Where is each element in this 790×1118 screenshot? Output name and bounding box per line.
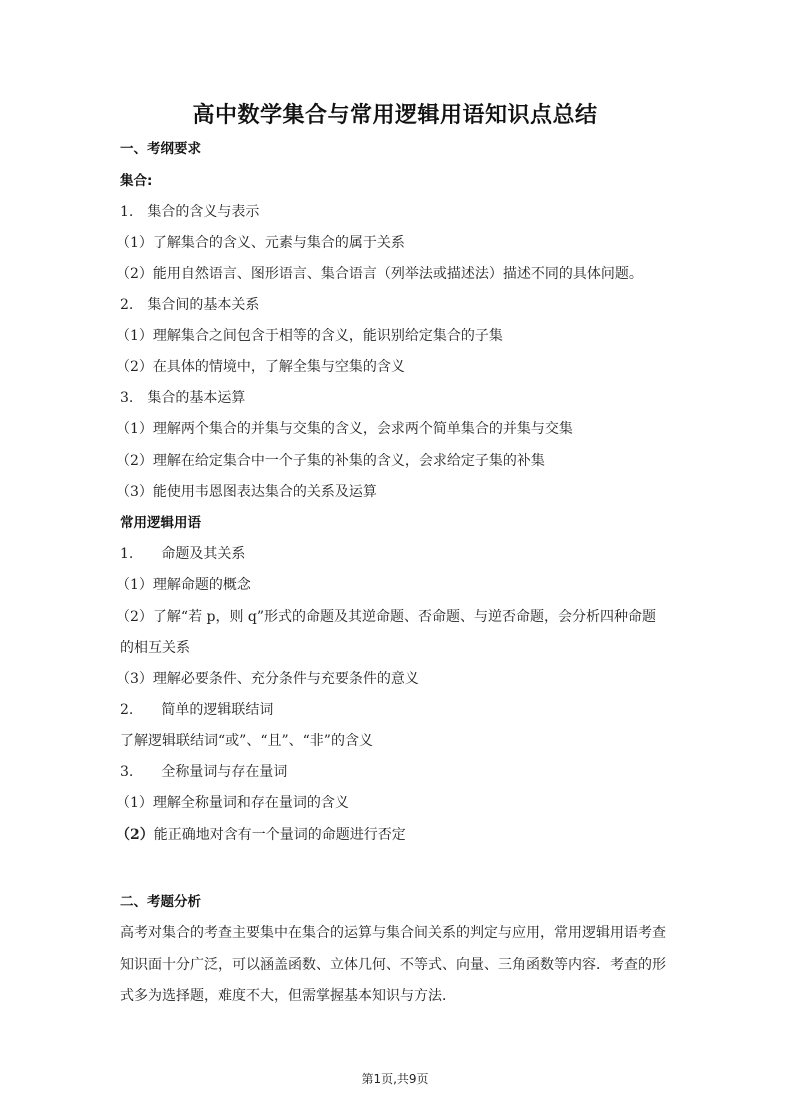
list-item-text: 集合的含义与表示 (147, 204, 259, 220)
page-number-footer: 第1页,共9页 (0, 1070, 790, 1087)
list-item-number: 1.命题及其关系 (120, 545, 245, 563)
list-item-text: 集合的基本运算 (147, 390, 245, 406)
section-heading-exam-requirements: 一、考纲要求 (120, 140, 201, 158)
paragraph-line: 知识面十分广泛，可以涵盖函数、立体几何、不等式、向量、三角函数等内容．考查的形 (120, 956, 666, 974)
subheading-sets: 集合: (120, 172, 152, 190)
list-item: （2）在具体的情境中，了解全集与空集的含义 (116, 358, 405, 376)
list-item-number: 2.集合间的基本关系 (120, 296, 259, 314)
list-item: （1）理解全称量词和存在量词的含义 (116, 794, 349, 812)
list-item: （1）了解集合的含义、元素与集合的属于关系 (116, 234, 405, 252)
list-item-number: 3.全称量词与存在量词 (120, 763, 287, 781)
list-item-number: 1.集合的含义与表示 (120, 203, 259, 221)
list-item-prefix: （2） (116, 827, 154, 843)
list-item-continuation: 的相互关系 (120, 639, 190, 657)
list-item-text: 全称量词与存在量词 (161, 764, 287, 780)
paragraph-line: 式多为选择题，难度不大，但需掌握基本知识与方法． (120, 987, 456, 1005)
list-item: （1）理解命题的概念 (116, 576, 251, 594)
list-item-text: 集合间的基本关系 (147, 297, 259, 313)
list-item: （3）理解必要条件、充分条件与充要条件的意义 (116, 670, 419, 688)
page-title: 高中数学集合与常用逻辑用语知识点总结 (0, 98, 790, 129)
list-item: （3）能使用韦恩图表达集合的关系及运算 (116, 483, 377, 501)
list-item: 了解逻辑联结词“或”、“且”、“非”的含义 (120, 732, 373, 750)
list-item: （1）理解两个集合的并集与交集的含义，会求两个简单集合的并集与交集 (116, 420, 573, 438)
section-heading-exam-analysis: 二、考题分析 (120, 893, 201, 911)
subheading-logic-terms: 常用逻辑用语 (120, 514, 201, 532)
list-item: （1）理解集合之间包含于相等的含义，能识别给定集合的子集 (116, 327, 503, 345)
list-item: （2）能用自然语言、图形语言、集合语言（列举法或描述法）描述不同的具体问题。 (116, 265, 643, 283)
list-item-text: 能正确地对含有一个量词的命题进行否定 (154, 827, 406, 843)
list-item-text: 简单的逻辑联结词 (161, 702, 273, 718)
list-item-number: 2.简单的逻辑联结词 (120, 701, 273, 719)
list-item: （2）了解“若 p，则 q”形式的命题及其逆命题、否命题、与逆否命题，会分析四种… (116, 608, 656, 626)
list-item-number: 3.集合的基本运算 (120, 389, 245, 407)
list-item: （2）能正确地对含有一个量词的命题进行否定 (116, 826, 406, 844)
list-item: （2）理解在给定集合中一个子集的补集的含义，会求给定子集的补集 (116, 452, 545, 470)
paragraph-line: 高考对集合的考查主要集中在集合的运算与集合间关系的判定与应用，常用逻辑用语考查 (120, 924, 666, 942)
list-item-text: 命题及其关系 (161, 546, 245, 562)
